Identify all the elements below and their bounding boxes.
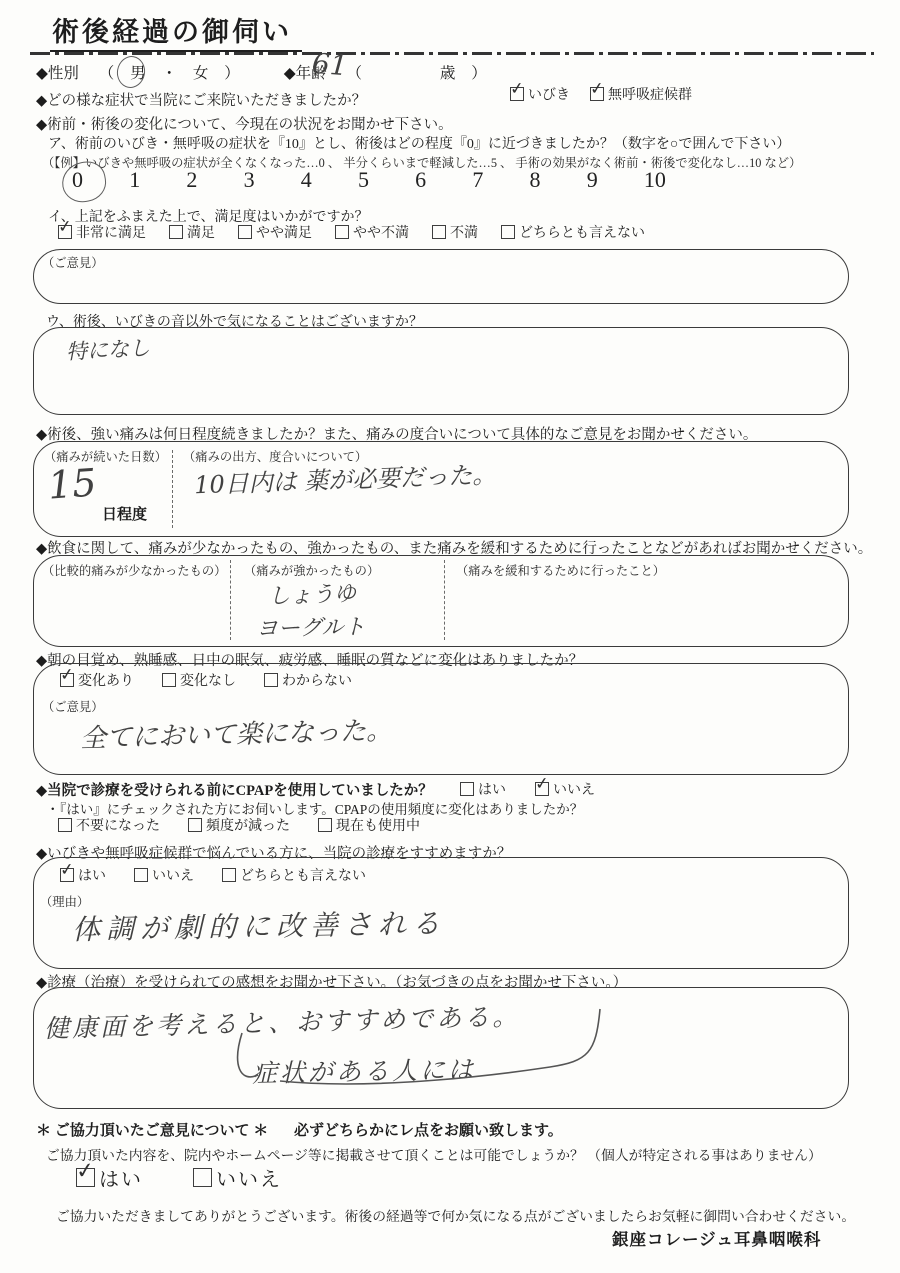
symptoms-question: ◆どの様な症状で当院にご来院いただきましたか？: [36, 89, 366, 110]
footer-asterisk-bold: 必ずどちらかにレ点をお願い致します。: [294, 1123, 563, 1139]
gender-label: ◆性別: [36, 65, 79, 82]
scale-8[interactable]: 8: [530, 167, 541, 193]
checkbox-icon: [432, 225, 446, 239]
checkbox-snoring[interactable]: いびき: [510, 84, 570, 104]
checkbox-icon: [264, 673, 278, 687]
eating-col1-label: （比較的痛みが少なかったもの）: [42, 561, 226, 579]
profile-row: ◆性別 （ 男 ・ 女 ） ◆年齢 （ 歳 ）: [36, 61, 493, 83]
cpap-question: ◆当院で診療を受けられる前にCPAPを使用していましたか？: [36, 779, 433, 800]
checkbox-somewhat-dissatisfied[interactable]: やや不満: [335, 222, 409, 242]
checkbox-icon: [188, 818, 202, 832]
checkbox-recommend-neither[interactable]: どちらとも言えない: [222, 865, 366, 885]
checkbox-icon: [60, 868, 74, 882]
checkbox-very-satisfied[interactable]: 非常に満足: [58, 222, 146, 242]
checkbox-icon: [134, 868, 148, 882]
checkbox-consent-yes[interactable]: はい: [76, 1163, 143, 1192]
change-heading: ◆術前・術後の変化について、今現在の状況をお聞かせ下さい。: [36, 113, 453, 134]
gender-selection-circle: [114, 54, 147, 90]
cpap-followup-options-row: 不要になった 頻度が減った 現在も使用中: [58, 815, 420, 835]
eating-box-divider-2: [444, 560, 445, 640]
eating-col2-label: （痛みが強かったもの）: [244, 561, 379, 579]
checkbox-recommend-yes[interactable]: はい: [60, 865, 106, 885]
recommend-options-row: はい いいえ どちらとも言えない: [60, 865, 366, 885]
checkbox-icon: [169, 225, 183, 239]
scale-7[interactable]: 7: [472, 167, 483, 193]
checkbox-consent-no[interactable]: いいえ: [193, 1163, 282, 1192]
checkbox-cpap-no[interactable]: いいえ: [535, 779, 595, 799]
footer-thanks-note: ご協力いただきましてありがとうございます。術後の経過等で何か気になる点がございま…: [56, 1205, 855, 1225]
checkbox-icon: [193, 1168, 212, 1187]
checkbox-icon: [222, 868, 236, 882]
pain-box-divider: [172, 450, 173, 528]
satisfaction-options-row: 非常に満足 満足 やや満足 やや不満 不満 どちらとも言えない: [58, 222, 645, 242]
checkbox-apnea[interactable]: 無呼吸症候群: [590, 84, 692, 104]
scale-3[interactable]: 3: [244, 167, 255, 193]
pain-days-handwritten-value: 15: [47, 460, 98, 507]
checkbox-icon: [460, 782, 474, 796]
checkbox-change-unknown[interactable]: わからない: [264, 670, 352, 690]
pain-days-unit: 日程度: [102, 503, 147, 524]
scale-number-row: 0 1 2 3 4 5 6 7 8 9 10: [72, 167, 666, 193]
checkbox-icon: [535, 782, 549, 796]
checkbox-cpap-still-using[interactable]: 現在も使用中: [318, 815, 420, 835]
checkbox-icon: [318, 818, 332, 832]
recommend-handwritten-reason: 体調が劇的に改善される: [72, 902, 447, 949]
checkbox-icon: [60, 673, 74, 687]
consent-options-row: はい いいえ: [76, 1163, 282, 1192]
scale-10[interactable]: 10: [644, 167, 666, 193]
checkbox-icon: [76, 1168, 95, 1187]
title-divider-line: [30, 52, 874, 55]
checkbox-icon: [162, 673, 176, 687]
checkbox-cpap-unneeded[interactable]: 不要になった: [58, 815, 160, 835]
checkbox-satisfied[interactable]: 満足: [169, 222, 215, 242]
scale-2[interactable]: 2: [186, 167, 197, 193]
scanned-questionnaire-page: 術後経過の御伺い ◆性別 （ 男 ・ 女 ） ◆年齢 （ 歳 ） 61 ◆どの様…: [0, 0, 900, 1273]
checkbox-cpap-yes[interactable]: はい: [460, 779, 506, 799]
clinic-name: 銀座コレージュ耳鼻咽喉科: [612, 1226, 821, 1250]
opinion-label: （ご意見）: [42, 253, 104, 271]
eating-box-divider-1: [230, 560, 231, 640]
footer-asterisk-heading: ＊ ご協力頂いたご意見について ＊: [36, 1123, 268, 1139]
item-c-answer-box[interactable]: [33, 327, 849, 415]
scale-6[interactable]: 6: [415, 167, 426, 193]
checkbox-neither[interactable]: どちらとも言えない: [501, 222, 645, 242]
checkbox-icon: [510, 87, 524, 101]
item-c-handwritten-answer: 特になし: [65, 332, 150, 366]
checkbox-recommend-no[interactable]: いいえ: [134, 865, 194, 885]
change-item-a: ア、術前のいびき・無呼吸の症状を『10』とし、術後はどの程度『0』に近づきました…: [48, 133, 790, 153]
scale-1[interactable]: 1: [129, 167, 140, 193]
consent-question: ご協力頂いた内容を、院内やホームページ等に掲載させて頂くことは可能でしょうか？ …: [46, 1144, 822, 1164]
scale-4[interactable]: 4: [301, 167, 312, 193]
checkbox-cpap-reduced[interactable]: 頻度が減った: [188, 815, 290, 835]
insertion-mark-line: [220, 995, 620, 1095]
checkbox-icon: [335, 225, 349, 239]
scale-5[interactable]: 5: [358, 167, 369, 193]
eating-col2-handwritten-line2: ヨーグルト: [256, 610, 366, 643]
sleep-opinion-label: （ご意見）: [42, 697, 104, 715]
checkbox-somewhat-satisfied[interactable]: やや満足: [238, 222, 312, 242]
age-paren-open: （: [346, 65, 362, 82]
checkbox-icon: [590, 87, 604, 101]
checkbox-icon: [58, 818, 72, 832]
checkbox-icon: [238, 225, 252, 239]
checkbox-icon: [501, 225, 515, 239]
age-paren-close: 歳 ）: [440, 65, 493, 82]
eating-col3-label: （痛みを緩和するために行ったこと）: [456, 561, 665, 579]
footer-heading-row: ＊ ご協力頂いたご意見について ＊ 必ずどちらかにレ点をお願い致します。: [36, 1119, 563, 1140]
checkbox-icon: [58, 225, 72, 239]
scale-9[interactable]: 9: [587, 167, 598, 193]
page-title: 術後経過の御伺い: [50, 17, 302, 52]
checkbox-change-yes[interactable]: 変化あり: [60, 670, 134, 690]
sleep-options-row: 変化あり 変化なし わからない: [60, 670, 352, 690]
eating-col2-handwritten-line1: しょうゆ: [267, 576, 356, 610]
checkbox-dissatisfied[interactable]: 不満: [432, 222, 478, 242]
checkbox-change-no[interactable]: 変化なし: [162, 670, 236, 690]
satisfaction-opinion-box[interactable]: [33, 249, 849, 304]
age-handwritten-value: 61: [311, 47, 349, 82]
